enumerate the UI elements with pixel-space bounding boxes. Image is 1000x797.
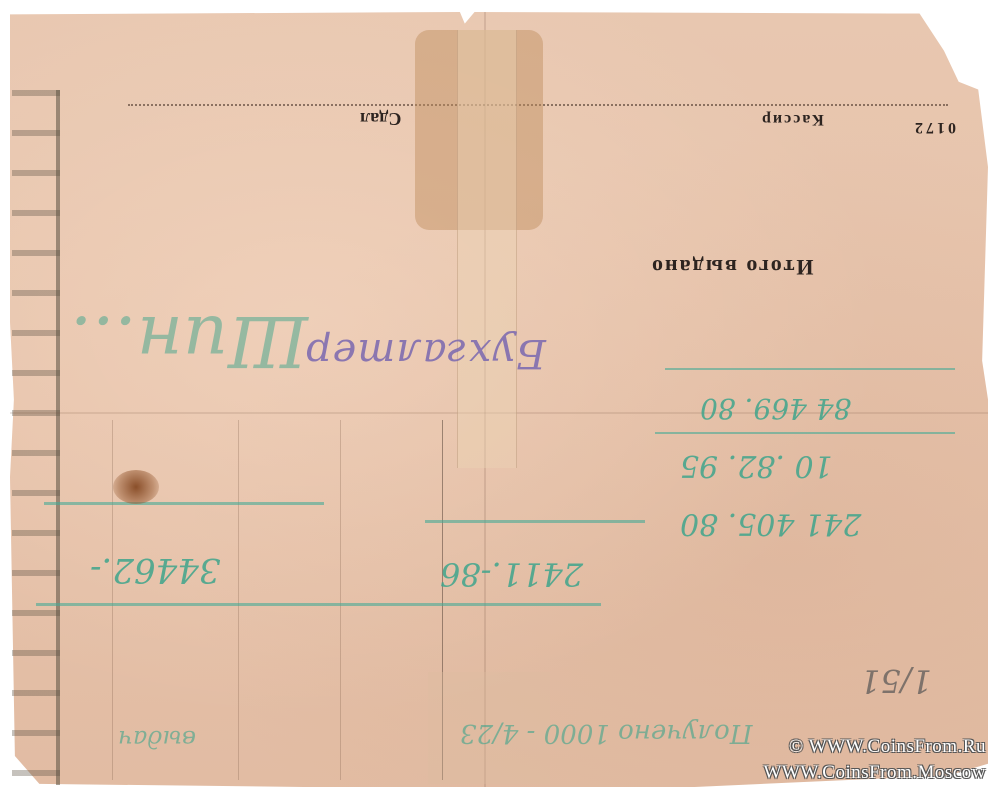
- column-divider: [112, 420, 113, 780]
- amount-1: 84 469. 80: [700, 392, 851, 425]
- pencil-note: 1/51: [860, 662, 932, 700]
- column-divider: [340, 420, 341, 780]
- serial-number: 0172: [912, 118, 956, 136]
- green-rule: [44, 502, 324, 505]
- printed-header-left: Сдал: [360, 108, 401, 129]
- watermark-line-2: WWW.CoinsFrom.Moscow: [763, 762, 986, 784]
- green-rule: [655, 432, 955, 434]
- column-total-2: 2411.-86: [440, 555, 583, 593]
- ornamental-border: [12, 90, 60, 785]
- printed-label: Итого выдано: [650, 254, 813, 280]
- printed-header-right: Кассир: [760, 110, 824, 128]
- green-rule: [665, 368, 955, 370]
- tape-strip: [457, 30, 517, 468]
- column-divider: [238, 420, 239, 780]
- amount-2: 10 .82. 95: [680, 448, 833, 483]
- green-rule: [36, 603, 601, 606]
- amount-3: 241 405. 80: [680, 506, 861, 541]
- column-total-1: 34462.-: [90, 550, 220, 590]
- green-rule: [425, 520, 645, 523]
- watermark-line-1: © WWW.CoinsFrom.Ru: [789, 736, 986, 758]
- signature: Шин...: [70, 300, 308, 382]
- accountant-stamp: Бухгалтер: [305, 330, 546, 376]
- bottom-text-left: выдач: [118, 725, 196, 753]
- rust-stain: [113, 470, 159, 504]
- bottom-text-right: Получено 1000 - 4/23: [460, 718, 752, 748]
